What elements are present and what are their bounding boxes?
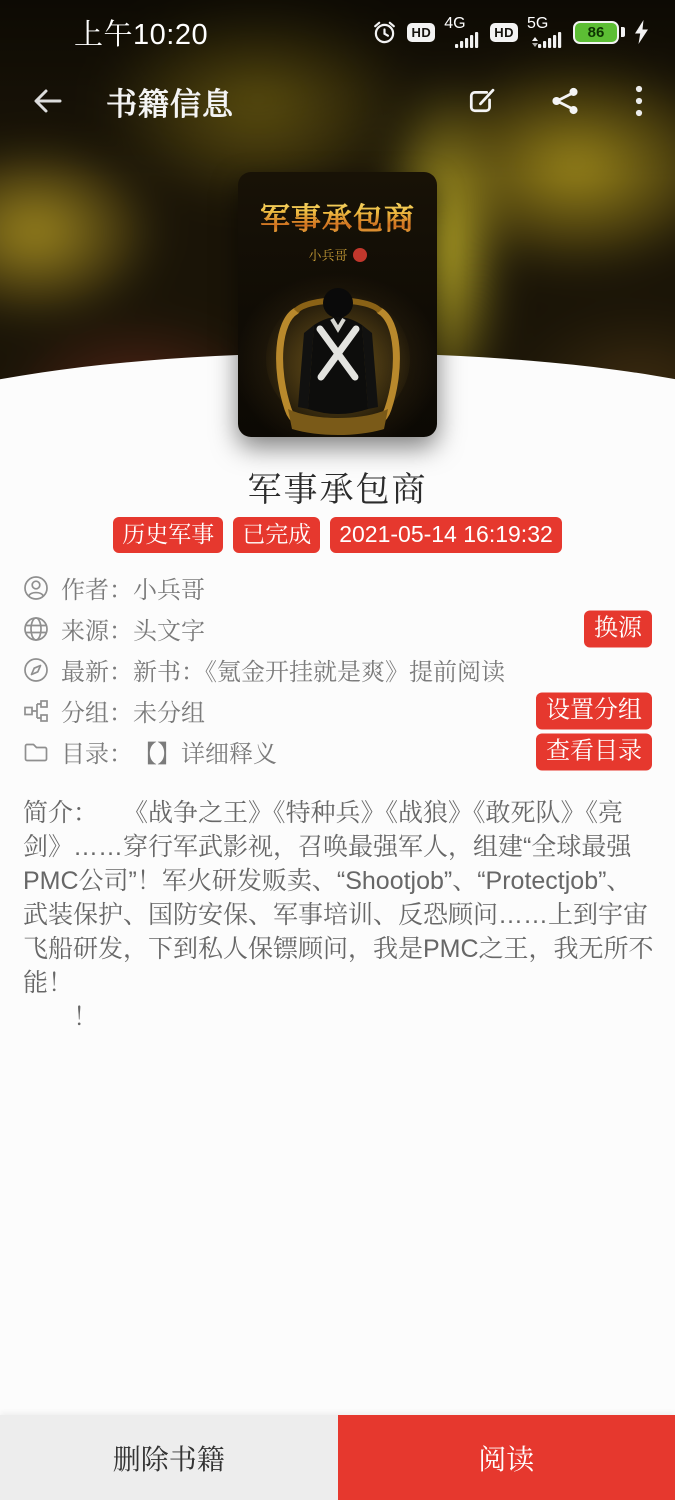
intro-tail: ！: [23, 1000, 655, 1034]
change-source-button[interactable]: 换源: [584, 610, 652, 647]
intro-text: 简介： 《战争之王》《特种兵》《战狼》《敢死队》《亮剑》……穿行军武影视，召唤最…: [23, 796, 655, 1000]
network-type-sim2: 5G: [527, 17, 548, 31]
set-group-button[interactable]: 设置分组: [536, 692, 652, 729]
signal-bars-arrows-icon: [530, 32, 564, 48]
back-button[interactable]: [30, 85, 66, 117]
latest-row: 最新： 新书：《氪金开挂就是爽》提前阅读: [23, 649, 652, 690]
hd-voice-icon-sim2: HD: [490, 23, 518, 42]
book-cover: 军事承包商 小兵哥: [238, 172, 437, 437]
tag-row: 历史军事 已完成 2021-05-14 16:19:32: [0, 517, 675, 553]
catalog-label: 目录：: [61, 734, 133, 769]
group-value: 未分组: [133, 693, 205, 728]
source-value: 头文字: [133, 611, 205, 646]
catalog-row: 目录： 【】详细释义 查看目录: [23, 731, 652, 772]
folder-icon: [23, 739, 49, 765]
tag-category: 历史军事: [113, 517, 223, 553]
hd-voice-icon-sim1: HD: [407, 23, 435, 42]
catalog-value: 【】详细释义: [133, 734, 277, 769]
app-bar: 书籍信息: [0, 60, 675, 142]
delete-book-button[interactable]: 删除书籍: [0, 1415, 338, 1500]
page-title: 书籍信息: [106, 79, 234, 124]
read-button[interactable]: 阅读: [338, 1415, 675, 1500]
throne-illustration: [238, 259, 437, 437]
signal-sim2: 5G: [527, 17, 564, 48]
bottom-action-bar: 删除书籍 阅读: [0, 1415, 675, 1500]
view-catalog-button[interactable]: 查看目录: [536, 733, 652, 770]
status-bar: 上午10:20 HD 4G: [0, 0, 675, 60]
intro-section: 简介： 《战争之王》《特种兵》《战狼》《敢死队》《亮剑》……穿行军武影视，召唤最…: [23, 796, 655, 1034]
source-row: 来源： 头文字 换源: [23, 608, 652, 649]
latest-value: 新书：《氪金开挂就是爽》提前阅读: [133, 652, 505, 687]
charging-bolt-icon: [634, 20, 649, 44]
clock-time: 上午10:20: [74, 12, 208, 53]
book-info-list: 作者： 小兵哥 来源： 头文字 换源 最新：: [23, 567, 652, 772]
status-icons: HD 4G HD 5G: [371, 17, 649, 48]
network-type-sim1: 4G: [444, 17, 465, 31]
alarm-icon: [371, 19, 398, 46]
group-row: 分组： 未分组 设置分组: [23, 690, 652, 731]
tag-updated-time: 2021-05-14 16:19:32: [330, 517, 562, 553]
group-icon: [23, 698, 49, 724]
author-label: 作者：: [61, 570, 133, 605]
overflow-menu-icon[interactable]: [633, 84, 645, 118]
globe-icon: [23, 616, 49, 642]
signal-sim1: 4G: [444, 17, 481, 48]
compass-icon: [23, 657, 49, 683]
author-row: 作者： 小兵哥: [23, 567, 652, 608]
battery-percent: 86: [588, 25, 605, 40]
author-value: 小兵哥: [133, 570, 205, 605]
cover-title: 军事承包商: [238, 194, 437, 238]
edit-icon[interactable]: [465, 85, 497, 117]
latest-label: 最新：: [61, 652, 133, 687]
battery-icon: 86: [573, 21, 625, 44]
book-title: 军事承包商: [0, 462, 675, 511]
app-bar-actions: [465, 84, 645, 118]
signal-bars-icon: [455, 32, 481, 48]
user-icon: [23, 575, 49, 601]
source-label: 来源：: [61, 611, 133, 646]
share-icon[interactable]: [549, 85, 581, 117]
book-info-screen: 上午10:20 HD 4G: [0, 0, 675, 1500]
group-label: 分组：: [61, 693, 133, 728]
tag-status: 已完成: [233, 517, 320, 553]
